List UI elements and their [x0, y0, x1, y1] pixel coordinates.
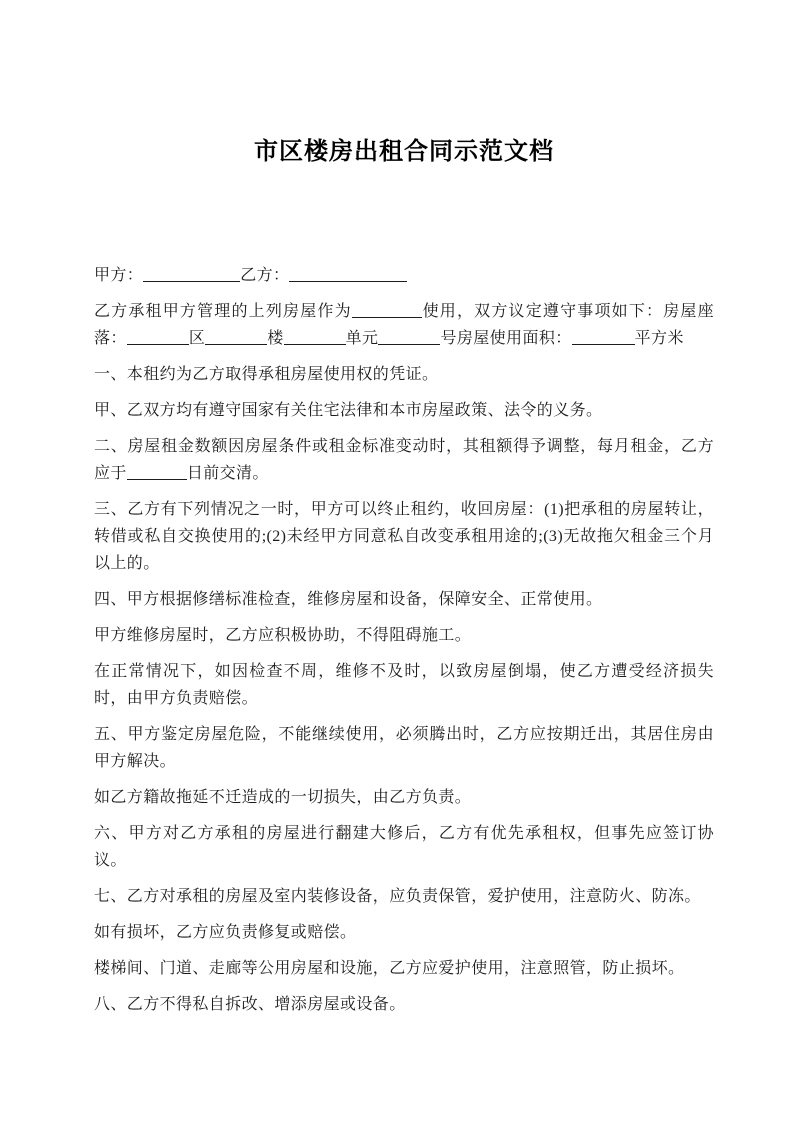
text-run: 六、甲方对乙方承租的房屋进行翻建大修后，乙方有优先承租权，但事先应签订协议。 [94, 825, 714, 869]
text-run: 如乙方籍故拖延不迁造成的一切损失，由乙方负责。 [94, 789, 471, 806]
text-run: 乙方： [240, 267, 289, 284]
clause-8: 八、乙方不得私自拆改、增添房屋或设备。 [94, 991, 714, 1018]
text-run: 五、甲方鉴定房屋危险，不能继续使用，必须腾出时，乙方应按期迁出，其居住房由甲方解… [94, 726, 714, 770]
document-title: 市区楼房出租合同示范文档 [94, 136, 714, 168]
clause-7-public-areas: 楼梯间、门道、走廊等公用房屋和设施，乙方应爱护使用，注意照管，防止损坏。 [94, 955, 714, 982]
clause-7-damage: 如有损坏，乙方应负责修复或赔偿。 [94, 919, 714, 946]
fill-in-blank [143, 268, 240, 282]
clause-1-obligation: 甲、乙双方均有遵守国家有关住宅法律和本市房屋政策、法令的义务。 [94, 397, 714, 424]
text-run: 一、本租约为乙方取得承租房屋使用权的凭证。 [94, 366, 438, 383]
clause-5-delay: 如乙方籍故拖延不迁造成的一切损失，由乙方负责。 [94, 784, 714, 811]
document-body: 甲方：乙方：乙方承租甲方管理的上列房屋作为使用，双方议定遵守事项如下：房屋座落：… [94, 262, 714, 1018]
clause-7: 七、乙方对承租的房屋及室内装修设备，应负责保管，爱护使用，注意防火、防冻。 [94, 883, 714, 910]
fill-in-blank [127, 331, 189, 345]
text-run: 区 [189, 330, 205, 347]
text-run: 四、甲方根据修缮标准检查，维修房屋和设备，保障安全、正常使用。 [94, 591, 602, 608]
text-run: 日前交清。 [187, 465, 269, 482]
text-run: 甲方： [94, 267, 143, 284]
clause-3: 三、乙方有下列情况之一时，甲方可以终止租约，收回房屋：(1)把承租的房屋转让，转… [94, 496, 714, 577]
fill-in-blank [572, 331, 635, 345]
clause-2: 二、房屋租金数额因房屋条件或租金标准变动时，其租额得予调整，每月租金，乙方应于日… [94, 433, 714, 487]
premises-intro: 乙方承租甲方管理的上列房屋作为使用，双方议定遵守事项如下：房屋座落：区楼单元号房… [94, 298, 714, 352]
fill-in-blank [205, 331, 267, 345]
text-run: 在正常情况下，如因检查不周，维修不及时，以致房屋倒塌，使乙方遭受经济损失时，由甲… [94, 663, 714, 707]
text-run: 号房屋使用面积： [440, 330, 571, 347]
clause-1: 一、本租约为乙方取得承租房屋使用权的凭证。 [94, 361, 714, 388]
text-run: 三、乙方有下列情况之一时，甲方可以终止租约，收回房屋：(1)把承租的房屋转让，转… [94, 501, 714, 572]
text-run: 甲、乙双方均有遵守国家有关住宅法律和本市房屋政策、法令的义务。 [94, 402, 602, 419]
text-run: 平方米 [635, 330, 684, 347]
text-run: 乙方承租甲方管理的上列房屋作为 [94, 303, 352, 320]
fill-in-blank [127, 466, 187, 480]
party-line: 甲方：乙方： [94, 262, 714, 289]
fill-in-blank [352, 304, 422, 318]
clause-4-assist: 甲方维修房屋时，乙方应积极协助，不得阻碍施工。 [94, 622, 714, 649]
text-run: 八、乙方不得私自拆改、增添房屋或设备。 [94, 996, 406, 1013]
text-run: 单元 [346, 330, 379, 347]
text-run: 如有损坏，乙方应负责修复或赔偿。 [94, 924, 356, 941]
clause-4-compensation: 在正常情况下，如因检查不周，维修不及时，以致房屋倒塌，使乙方遭受经济损失时，由甲… [94, 658, 714, 712]
text-run: 楼梯间、门道、走廊等公用房屋和设施，乙方应爱护使用，注意照管，防止损坏。 [94, 960, 684, 977]
clause-4: 四、甲方根据修缮标准检查，维修房屋和设备，保障安全、正常使用。 [94, 586, 714, 613]
fill-in-blank [289, 268, 407, 282]
fill-in-blank [378, 331, 440, 345]
document-page: 市区楼房出租合同示范文档 甲方：乙方：乙方承租甲方管理的上列房屋作为使用，双方议… [0, 0, 793, 1122]
text-run: 楼 [267, 330, 283, 347]
fill-in-blank [284, 331, 346, 345]
clause-5: 五、甲方鉴定房屋危险，不能继续使用，必须腾出时，乙方应按期迁出，其居住房由甲方解… [94, 721, 714, 775]
text-run: 七、乙方对承租的房屋及室内装修设备，应负责保管，爱护使用，注意防火、防冻。 [94, 888, 701, 905]
clause-6: 六、甲方对乙方承租的房屋进行翻建大修后，乙方有优先承租权，但事先应签订协议。 [94, 820, 714, 874]
text-run: 甲方维修房屋时，乙方应积极协助，不得阻碍施工。 [94, 627, 471, 644]
